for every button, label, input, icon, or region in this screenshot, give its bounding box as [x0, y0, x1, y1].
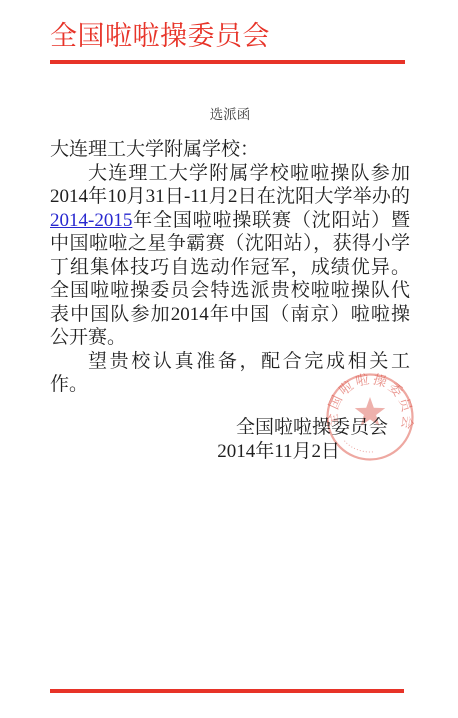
- letter-body: 大连理工大学附属学校： 大连理工大学附属学校啦啦操队参加2014年10月31日-…: [50, 138, 410, 397]
- signature-date: 2014年11月2日: [217, 436, 340, 463]
- years-link[interactable]: 2014-2015: [50, 210, 132, 231]
- org-header-title: 全国啦啦操委员会: [50, 20, 270, 52]
- header-rule: [50, 60, 405, 64]
- paragraph-1: 大连理工大学附属学校啦啦操队参加2014年10月31日-11月2日在沈阳大学举办…: [50, 162, 410, 350]
- signature-org: 全国啦啦操委员会: [236, 412, 388, 439]
- paragraph-1-before-link: 大连理工大学附属学校啦啦操队参加2014年10月31日-11月2日在沈阳大学举办…: [50, 163, 410, 208]
- letter-page: 全国啦啦操委员会 选派函 大连理工大学附属学校： 大连理工大学附属学校啦啦操队参…: [0, 0, 458, 718]
- addressee-line: 大连理工大学附属学校：: [50, 138, 410, 162]
- letter-title: 选派函: [50, 103, 410, 123]
- footer-rule: [50, 689, 404, 693]
